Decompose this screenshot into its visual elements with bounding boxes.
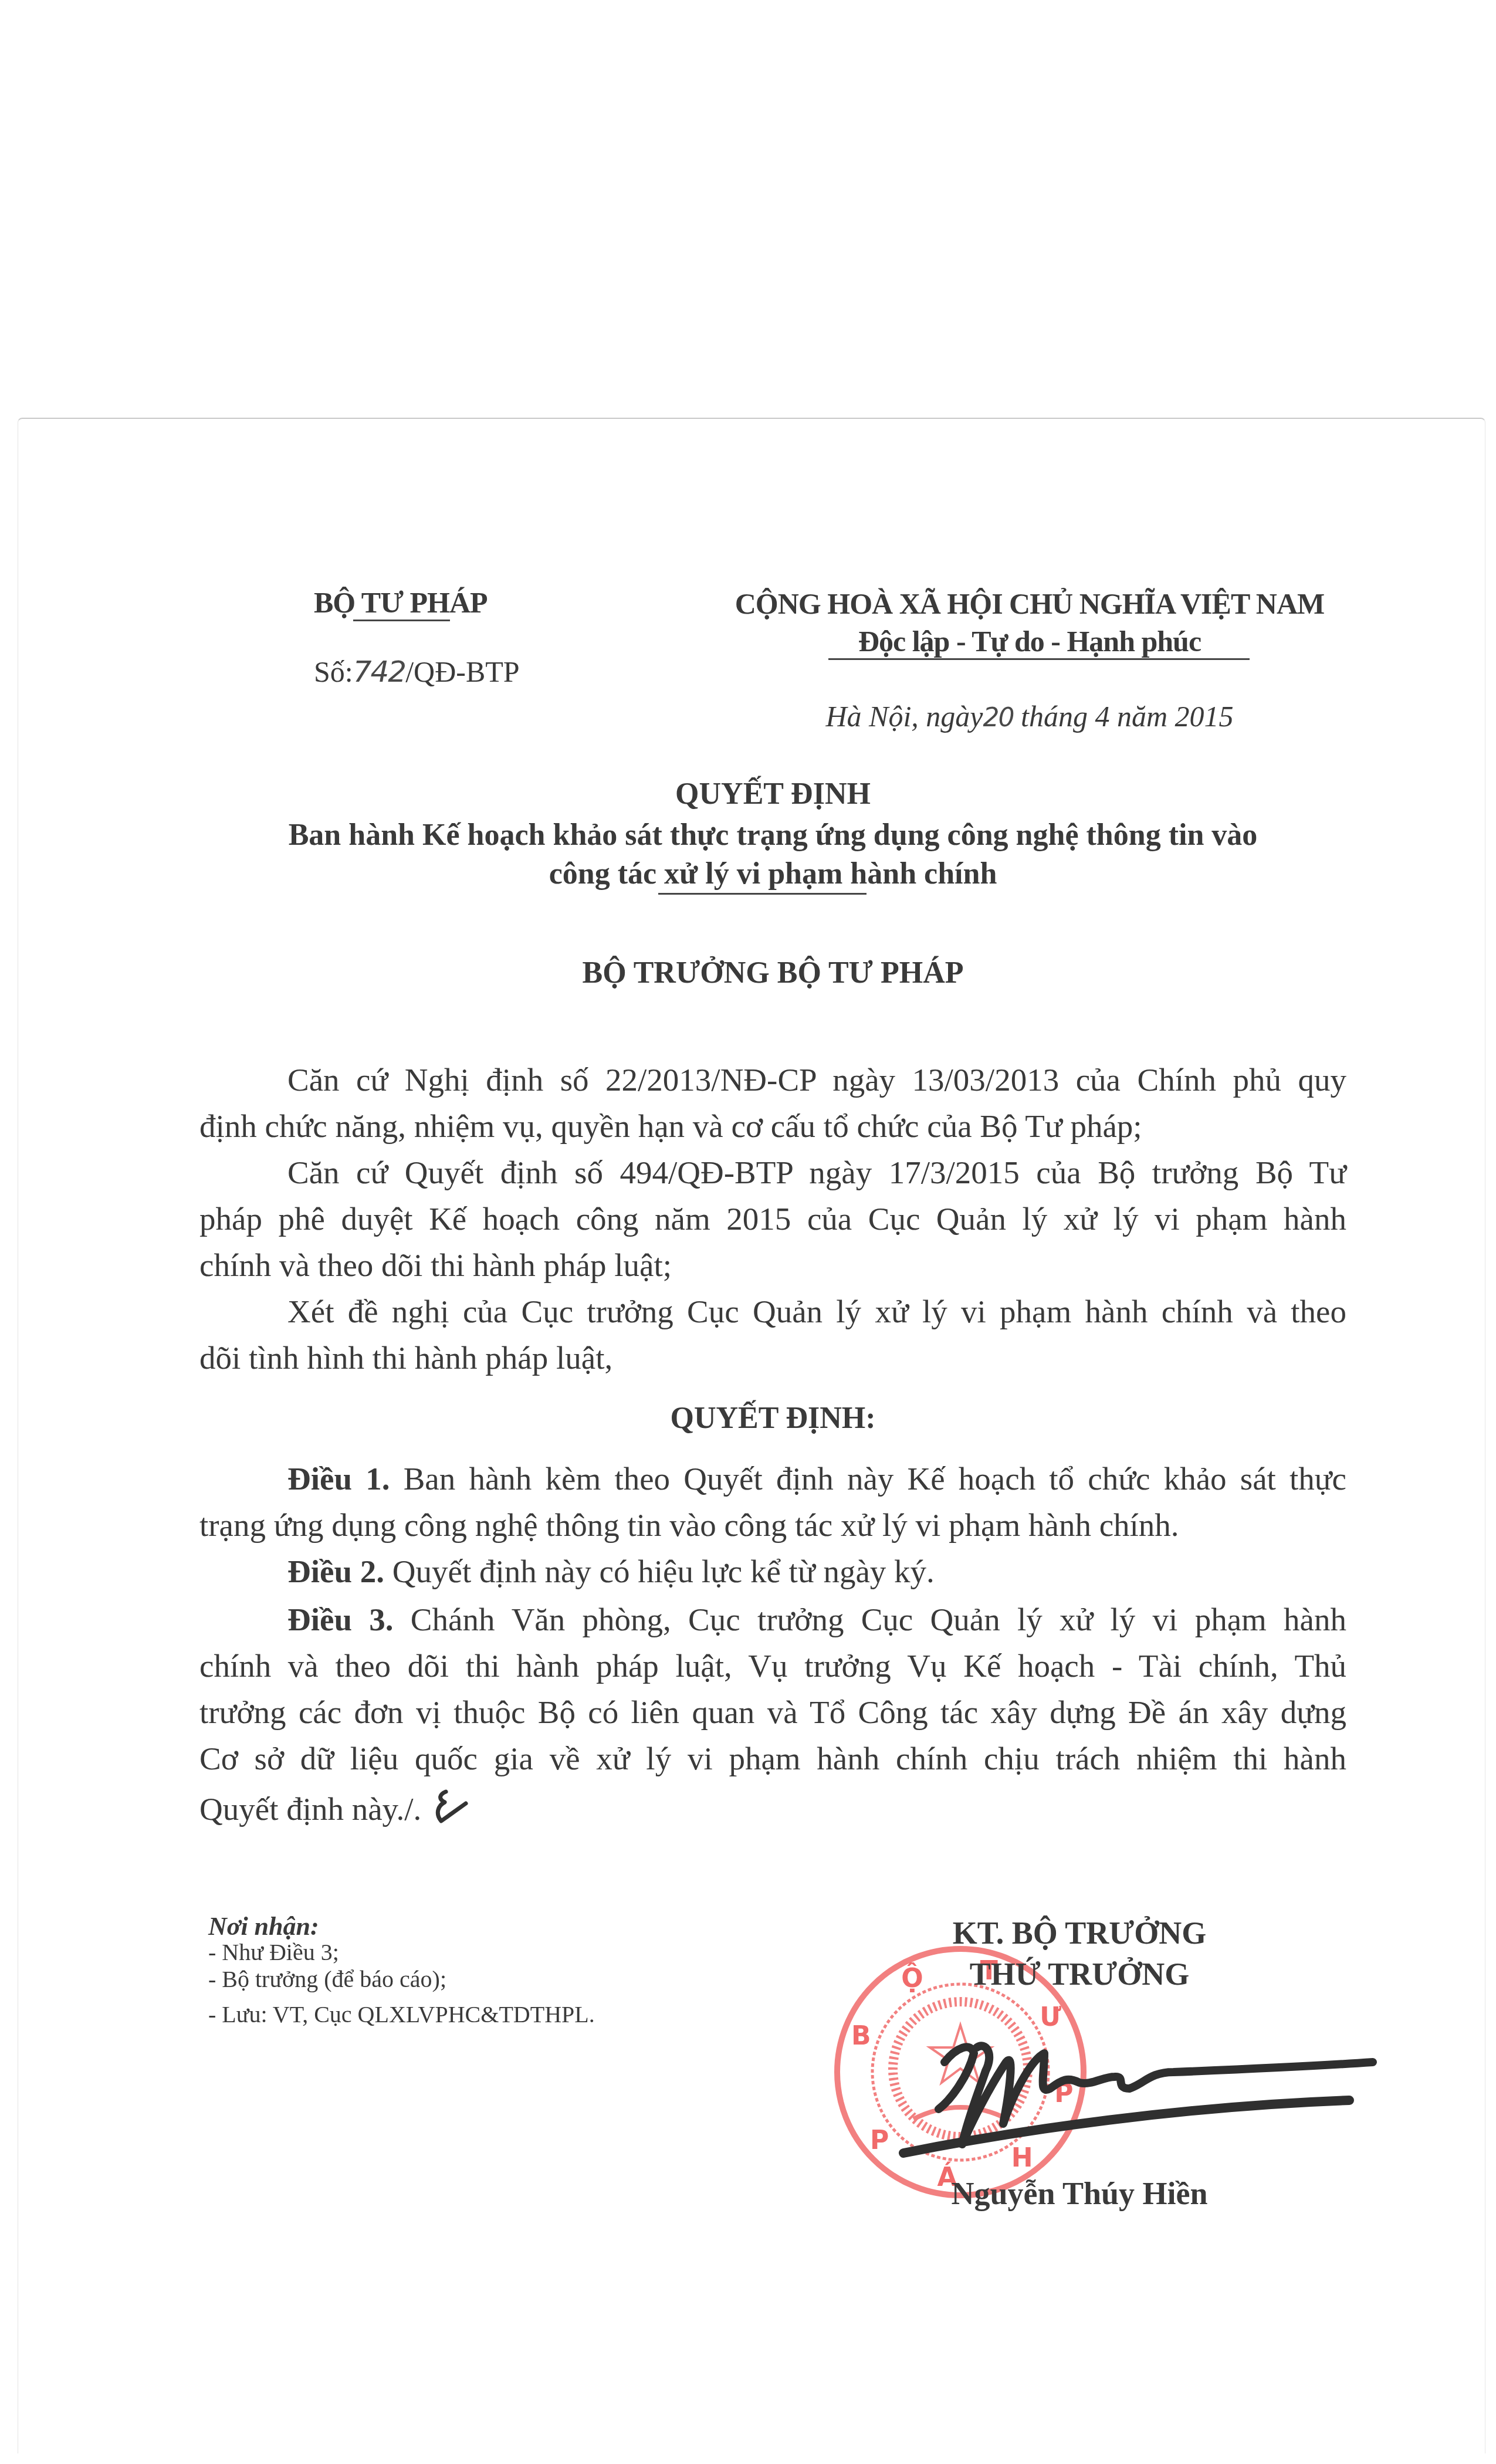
decision-title: QUYẾT ĐỊNH (199, 779, 1346, 810)
signature-on-behalf: KT. BỘ TRƯỞNG (868, 1917, 1291, 1949)
preamble-2-line-1: Căn cứ Quyết định số 494/QĐ-BTP ngày 17/… (199, 1153, 1346, 1192)
article-3-closing: Quyết định này./. (199, 1791, 421, 1827)
decision-heading: QUYẾT ĐỊNH: (199, 1403, 1346, 1434)
number-suffix: /QĐ-BTP (405, 655, 519, 688)
preamble-1-line-1: Căn cứ Nghị định số 22/2013/NĐ-CP ngày 1… (199, 1061, 1346, 1099)
number-prefix: Số: (314, 655, 353, 688)
issuing-authority: BỘ TRƯỞNG BỘ TƯ PHÁP (199, 958, 1346, 989)
preamble-2-line-3: chính và theo dõi thi hành pháp luật; (199, 1246, 1346, 1285)
handwritten-number: 742 (353, 655, 405, 689)
article-3-text: Chánh Văn phòng, Cục trưởng Cục Quản lý … (411, 1602, 1346, 1637)
issue-date: Hà Nội, ngày20 tháng 4 năm 2015 (704, 702, 1355, 731)
article-2-text: Quyết định này có hiệu lực kể từ ngày ký… (392, 1553, 935, 1589)
decision-subtitle-line1: Ban hành Kế hoạch khảo sát thực trạng ứn… (199, 820, 1346, 851)
country-name: CỘNG HOÀ XÃ HỘI CHỦ NGHĨA VIỆT NAM (704, 589, 1355, 618)
recipient-item: - Như Điều 3; (208, 1941, 339, 1964)
article-3-line-2: chính và theo dõi thi hành pháp luật, Vụ… (199, 1647, 1346, 1685)
article-1-line-1: Điều 1. Ban hành kèm theo Quyết định này… (199, 1460, 1346, 1498)
recipient-item: - Lưu: VT, Cục QLXLVPHC&TDTHPL. (208, 2003, 595, 2026)
document-number: Số:742/QĐ-BTP (314, 657, 520, 686)
article-3-line-3: trưởng các đơn vị thuộc Bộ có liên quan … (199, 1693, 1346, 1732)
article-1-label: Điều 1. (287, 1461, 390, 1497)
subtitle-underline (658, 893, 867, 895)
initial-mark-icon (429, 1786, 476, 1827)
decision-subtitle-line2: công tác xử lý vi phạm hành chính (199, 859, 1346, 889)
article-3-line-5: Quyết định này./. (199, 1786, 1346, 1825)
national-motto: Độc lập - Tự do - Hạnh phúc (704, 627, 1355, 656)
agency-underline (353, 620, 450, 621)
article-2-label: Điều 2. (287, 1553, 384, 1589)
article-3-line-1: Điều 3. Chánh Văn phòng, Cục trưởng Cục … (199, 1600, 1346, 1639)
article-3-line-4: Cơ sở dữ liệu quốc gia về xử lý vi phạm … (199, 1739, 1346, 1778)
preamble-3-line-1: Xét đề nghị của Cục trưởng Cục Quản lý x… (199, 1292, 1346, 1331)
article-1-line-2: trạng ứng dụng công nghệ thông tin vào c… (199, 1506, 1346, 1545)
handwritten-signature-icon (868, 2006, 1385, 2159)
article-1-text: Ban hành kèm theo Quyết định này Kế hoạc… (404, 1461, 1346, 1497)
agency-name: BỘ TƯ PHÁP (314, 588, 488, 617)
preamble-3-line-2: dõi tình hình thi hành pháp luật, (199, 1339, 1346, 1377)
date-suffix: tháng 4 năm 2015 (1021, 700, 1234, 733)
handwritten-day: 20 (983, 703, 1014, 733)
date-prefix: Hà Nội, ngày (825, 700, 983, 733)
preamble-2-line-2: pháp phê duyệt Kế hoạch công năm 2015 củ… (199, 1200, 1346, 1238)
signature-position: THỨ TRƯỞNG (868, 1958, 1291, 1990)
article-3-label: Điều 3. (287, 1602, 394, 1637)
article-2-line-1: Điều 2. Quyết định này có hiệu lực kể từ… (199, 1552, 1346, 1591)
recipient-item: - Bộ trưởng (để báo cáo); (208, 1968, 446, 1991)
signatory-name: Nguyễn Thúy Hiền (868, 2178, 1291, 2209)
preamble-1-line-2: định chức năng, nhiệm vụ, quyền hạn và c… (199, 1107, 1346, 1146)
recipients-heading: Nơi nhận: (208, 1914, 319, 1940)
motto-underline (828, 658, 1250, 660)
